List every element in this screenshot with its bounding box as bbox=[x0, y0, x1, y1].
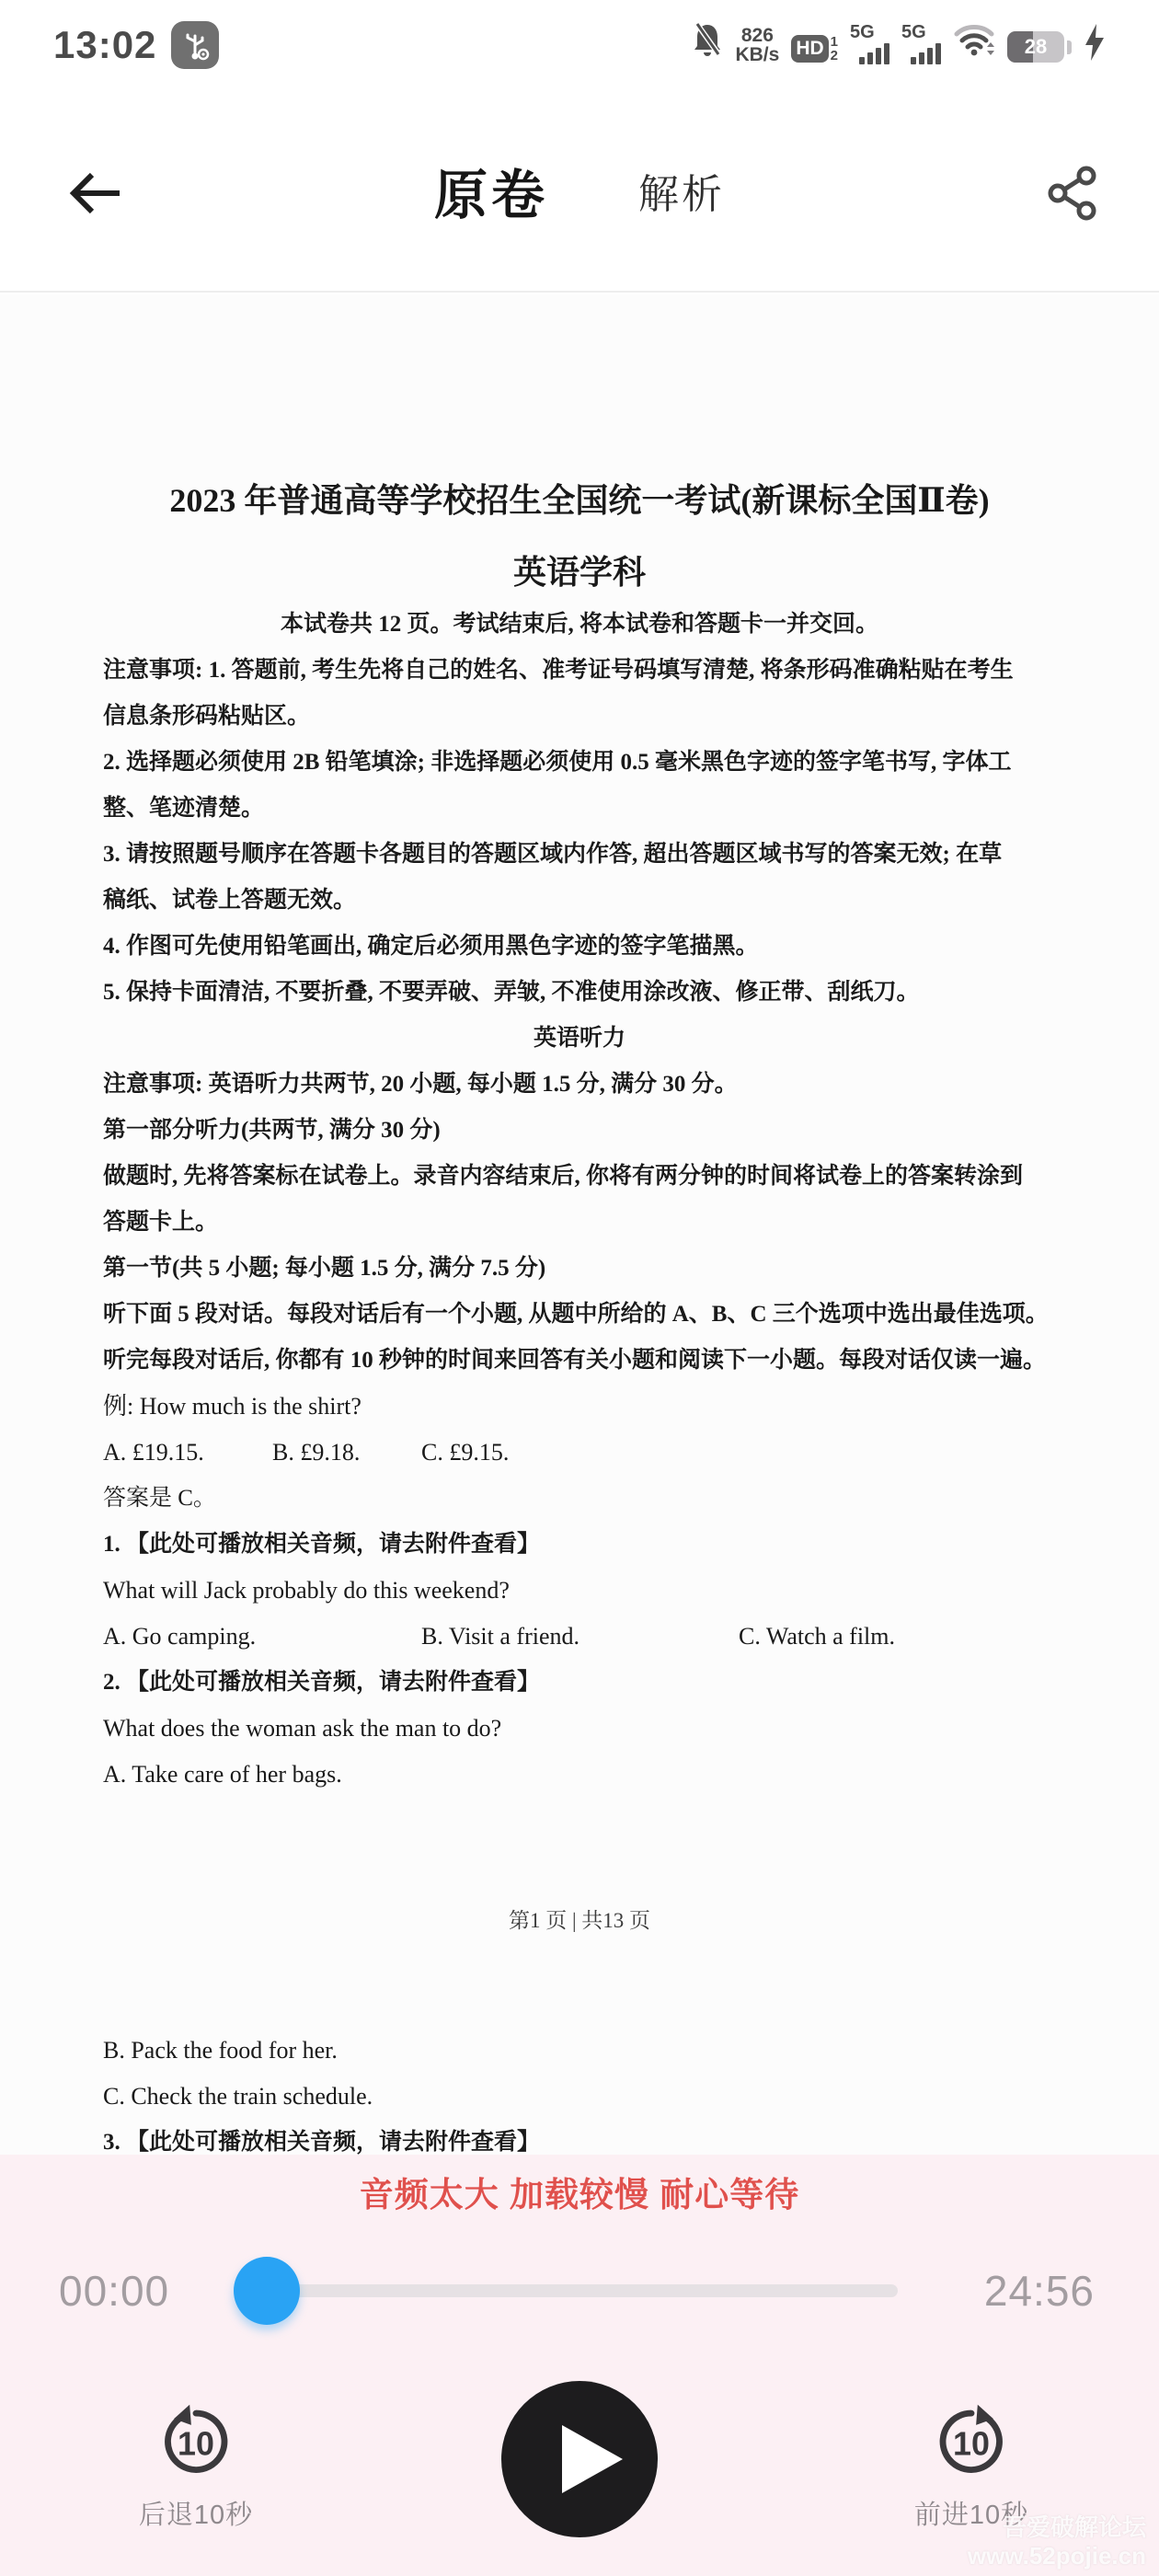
doc-line: 英语学科 bbox=[103, 543, 1056, 602]
svg-text:10: 10 bbox=[178, 2425, 214, 2462]
progress-track[interactable] bbox=[237, 2284, 898, 2297]
doc-option: B. £9.18. bbox=[272, 1430, 360, 1476]
doc-line: 3. 请按照题号顺序在答题卡各题目的答题区域内作答, 超出答题区域书写的答案无效… bbox=[103, 832, 1056, 878]
doc-line: 2023 年普通高等学校招生全国统一考试(新课标全国Ⅱ卷) bbox=[103, 471, 1056, 530]
doc-line: 整、笔迹清楚。 bbox=[103, 786, 1056, 832]
loading-notice: 音频太大 加载较慢 耐心等待 bbox=[0, 2175, 1159, 2215]
doc-line: B. Pack the food for her. bbox=[103, 2028, 1056, 2074]
sim1-signal-bars bbox=[859, 43, 889, 64]
sim2-type: 5G bbox=[901, 23, 926, 41]
sim1-signal: 5G bbox=[850, 23, 889, 70]
doc-line: 2. 选择题必须使用 2B 铅笔填涂; 非选择题必须使用 0.5 毫米黑色字迹的… bbox=[103, 740, 1056, 786]
total-time: 24:56 bbox=[984, 2258, 1095, 2324]
doc-line: 2. 【此处可播放相关音频，请去附件查看】 bbox=[103, 1660, 1056, 1706]
doc-line: 第一部分听力(共两节, 满分 30 分) bbox=[103, 1108, 1056, 1154]
doc-line: What will Jack probably do this weekend? bbox=[103, 1568, 1056, 1614]
watermark-line2: www.52pojie.cn bbox=[968, 2542, 1146, 2570]
tab-original-paper[interactable]: 原卷 bbox=[434, 152, 548, 229]
audio-player-panel: 音频太大 加载较慢 耐心等待 00:00 24:56 10 后退10秒 bbox=[0, 2155, 1159, 2576]
doc-line: 稿纸、试卷上答题无效。 bbox=[103, 878, 1056, 924]
progress-handle[interactable] bbox=[234, 2257, 300, 2325]
rewind-10s-button[interactable]: 10 后退10秒 bbox=[136, 2403, 256, 2532]
doc-line: 听完每段对话后, 你都有 10 秒钟的时间来回答有关小题和阅读下一小题。每段对话… bbox=[103, 1338, 1056, 1384]
doc-option: A. £19.15. bbox=[103, 1430, 204, 1476]
doc-line: 英语听力 bbox=[103, 1016, 1056, 1062]
doc-line: A. Take care of her bags. bbox=[103, 1752, 1056, 1798]
charging-icon bbox=[1084, 23, 1106, 70]
watermark: 吾爱破解论坛 www.52pojie.cn bbox=[968, 2513, 1146, 2570]
doc-line: 答案是 C。 bbox=[103, 1476, 1056, 1522]
doc-line: C. Check the train schedule. bbox=[103, 2074, 1056, 2120]
doc-line: 5. 保持卡面清洁, 不要折叠, 不要弄破、弄皱, 不准使用涂改液、修正带、刮纸… bbox=[103, 970, 1056, 1016]
doc-line: 例: How much is the shirt? bbox=[103, 1384, 1056, 1430]
doc-option: A. Go camping. bbox=[103, 1614, 256, 1660]
doc-line: A. £19.15.B. £9.18.C. £9.15. bbox=[103, 1430, 1056, 1476]
rewind-label: 后退10秒 bbox=[139, 2494, 253, 2532]
doc-line: 注意事项: 英语听力共两节, 20 小题, 每小题 1.5 分, 满分 30 分… bbox=[103, 1062, 1056, 1108]
battery-nub bbox=[1067, 40, 1072, 54]
current-time: 00:00 bbox=[59, 2258, 169, 2324]
forward-10s-button[interactable]: 10 前进10秒 bbox=[907, 2403, 1036, 2532]
doc-line: What does the woman ask the man to do? bbox=[103, 1706, 1056, 1752]
share-button[interactable] bbox=[1047, 166, 1098, 221]
status-bar: 13:02 826 KB/s HD bbox=[0, 0, 1159, 90]
doc-line: 4. 作图可先使用铅笔画出, 确定后必须用黑色字迹的签字笔描黑。 bbox=[103, 924, 1056, 970]
doc-option: C. Watch a film. bbox=[739, 1614, 895, 1660]
doc-line: 第一节(共 5 小题; 每小题 1.5 分, 满分 7.5 分) bbox=[103, 1246, 1056, 1292]
sim2-signal-bars bbox=[911, 43, 941, 64]
network-speed: 826 KB/s bbox=[735, 26, 779, 70]
doc-line: 第1 页 | 共13 页 bbox=[103, 1906, 1056, 1936]
sim2-signal: 5G bbox=[901, 23, 941, 70]
volte-hd-icon: HD 1 2 bbox=[791, 35, 838, 70]
usb-tethering-icon bbox=[171, 21, 219, 69]
sim1-type: 5G bbox=[850, 23, 875, 41]
notifications-muted-icon bbox=[692, 21, 723, 70]
doc-option: B. Visit a friend. bbox=[421, 1614, 579, 1660]
network-speed-value: 826 bbox=[741, 26, 774, 45]
network-speed-unit: KB/s bbox=[735, 45, 779, 64]
progress-row: 00:00 24:56 bbox=[0, 2258, 1159, 2324]
doc-option: C. £9.15. bbox=[421, 1430, 509, 1476]
doc-line: A. Go camping.B. Visit a friend.C. Watch… bbox=[103, 1614, 1056, 1660]
doc-line: 做题时, 先将答案标在试卷上。录音内容结束后, 你将有两分钟的时间将试卷上的答案… bbox=[103, 1154, 1056, 1200]
play-icon bbox=[562, 2425, 623, 2493]
doc-line: 1. 【此处可播放相关音频，请去附件查看】 bbox=[103, 1522, 1056, 1568]
hd-sim2: 2 bbox=[831, 49, 838, 63]
rewind-10-icon: 10 bbox=[158, 2403, 234, 2483]
doc-line: 注意事项: 1. 答题前, 考生先将自己的姓名、准考证号码填写清楚, 将条形码准… bbox=[103, 648, 1056, 694]
forward-10-icon: 10 bbox=[934, 2403, 1009, 2483]
tab-analysis[interactable]: 解析 bbox=[638, 161, 725, 220]
document-body: 2023 年普通高等学校招生全国统一考试(新课标全国Ⅱ卷)英语学科本试卷共 12… bbox=[103, 471, 1056, 2166]
tab-bar: 原卷 解析 bbox=[0, 90, 1159, 291]
play-button[interactable] bbox=[501, 2381, 658, 2537]
svg-text:10: 10 bbox=[953, 2425, 990, 2462]
doc-line: 答题卡上。 bbox=[103, 1200, 1056, 1246]
battery-icon: 28 bbox=[1007, 31, 1064, 63]
hd-badge: HD bbox=[791, 35, 828, 63]
clock: 13:02 bbox=[53, 23, 156, 67]
doc-line: 本试卷共 12 页。考试结束后, 将本试卷和答题卡一并交回。 bbox=[103, 602, 1056, 648]
doc-line: 信息条形码粘贴区。 bbox=[103, 694, 1056, 740]
watermark-line1: 吾爱破解论坛 bbox=[968, 2513, 1146, 2542]
doc-line: 听下面 5 段对话。每段对话后有一个小题, 从题中所给的 A、B、C 三个选项中… bbox=[103, 1292, 1056, 1338]
battery-percent: 28 bbox=[1007, 31, 1064, 63]
hd-sim1: 1 bbox=[831, 35, 838, 49]
nav-header: 原卷 解析 bbox=[0, 90, 1159, 293]
wifi-icon bbox=[953, 21, 995, 70]
